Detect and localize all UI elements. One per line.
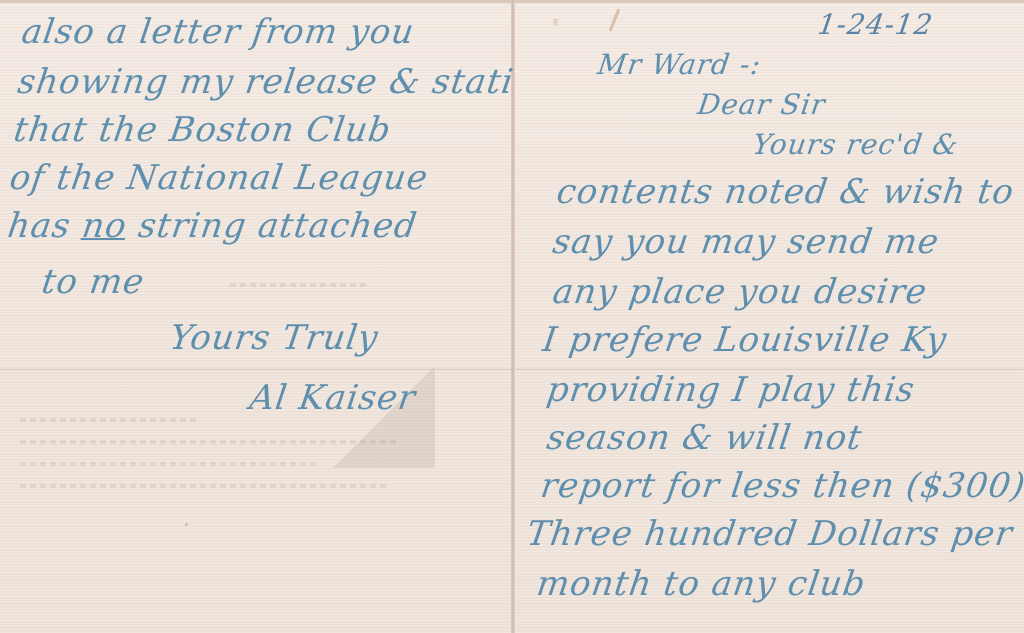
- stain-spot: [185, 523, 188, 526]
- salutation: Dear Sir: [696, 88, 828, 121]
- right-line-2: contents noted & wish to: [554, 172, 1017, 212]
- stain-spot: [553, 18, 558, 26]
- underlined-no: no: [80, 206, 130, 246]
- faint-print-line: [20, 418, 200, 422]
- left-line-2: showing my release & stating: [15, 62, 513, 102]
- right-line-10: month to any club: [534, 564, 868, 604]
- right-line-9: Three hundred Dollars per: [524, 514, 1015, 554]
- closing: Yours Truly: [167, 318, 381, 358]
- right-line-6: providing I play this: [544, 370, 917, 410]
- letter: also a letter from you showing my releas…: [0, 0, 1024, 633]
- date: 1-24-12: [816, 8, 936, 41]
- right-line-8: report for less then ($300): [538, 466, 1024, 506]
- left-line-3: that the Boston Club: [11, 110, 394, 150]
- right-line-1: Yours rec'd &: [751, 128, 961, 161]
- faint-print-line: [20, 462, 320, 466]
- left-line-6: to me: [39, 262, 147, 302]
- left-line-5: has no string attached: [5, 206, 420, 246]
- stain-mark: [609, 8, 621, 31]
- right-page: 1-24-12 Mr Ward -: Dear Sir Yours rec'd …: [513, 0, 1024, 633]
- right-line-4: any place you desire: [550, 272, 930, 312]
- left-page: also a letter from you showing my releas…: [0, 0, 513, 633]
- salutation-name: Mr Ward -:: [596, 48, 764, 81]
- faint-print-line: [20, 484, 390, 488]
- left-line-5-rest: string attached: [136, 206, 420, 246]
- faint-print-line: [230, 283, 370, 287]
- left-line-5-has: has: [5, 206, 73, 246]
- right-line-3: say you may send me: [550, 222, 942, 262]
- left-line-1: also a letter from you: [19, 12, 417, 52]
- right-line-5: I prefere Louisville Ky: [540, 320, 949, 360]
- right-line-7: season & will not: [544, 418, 865, 458]
- signature: Al Kaiser: [247, 378, 418, 418]
- left-line-4: of the National League: [7, 158, 431, 198]
